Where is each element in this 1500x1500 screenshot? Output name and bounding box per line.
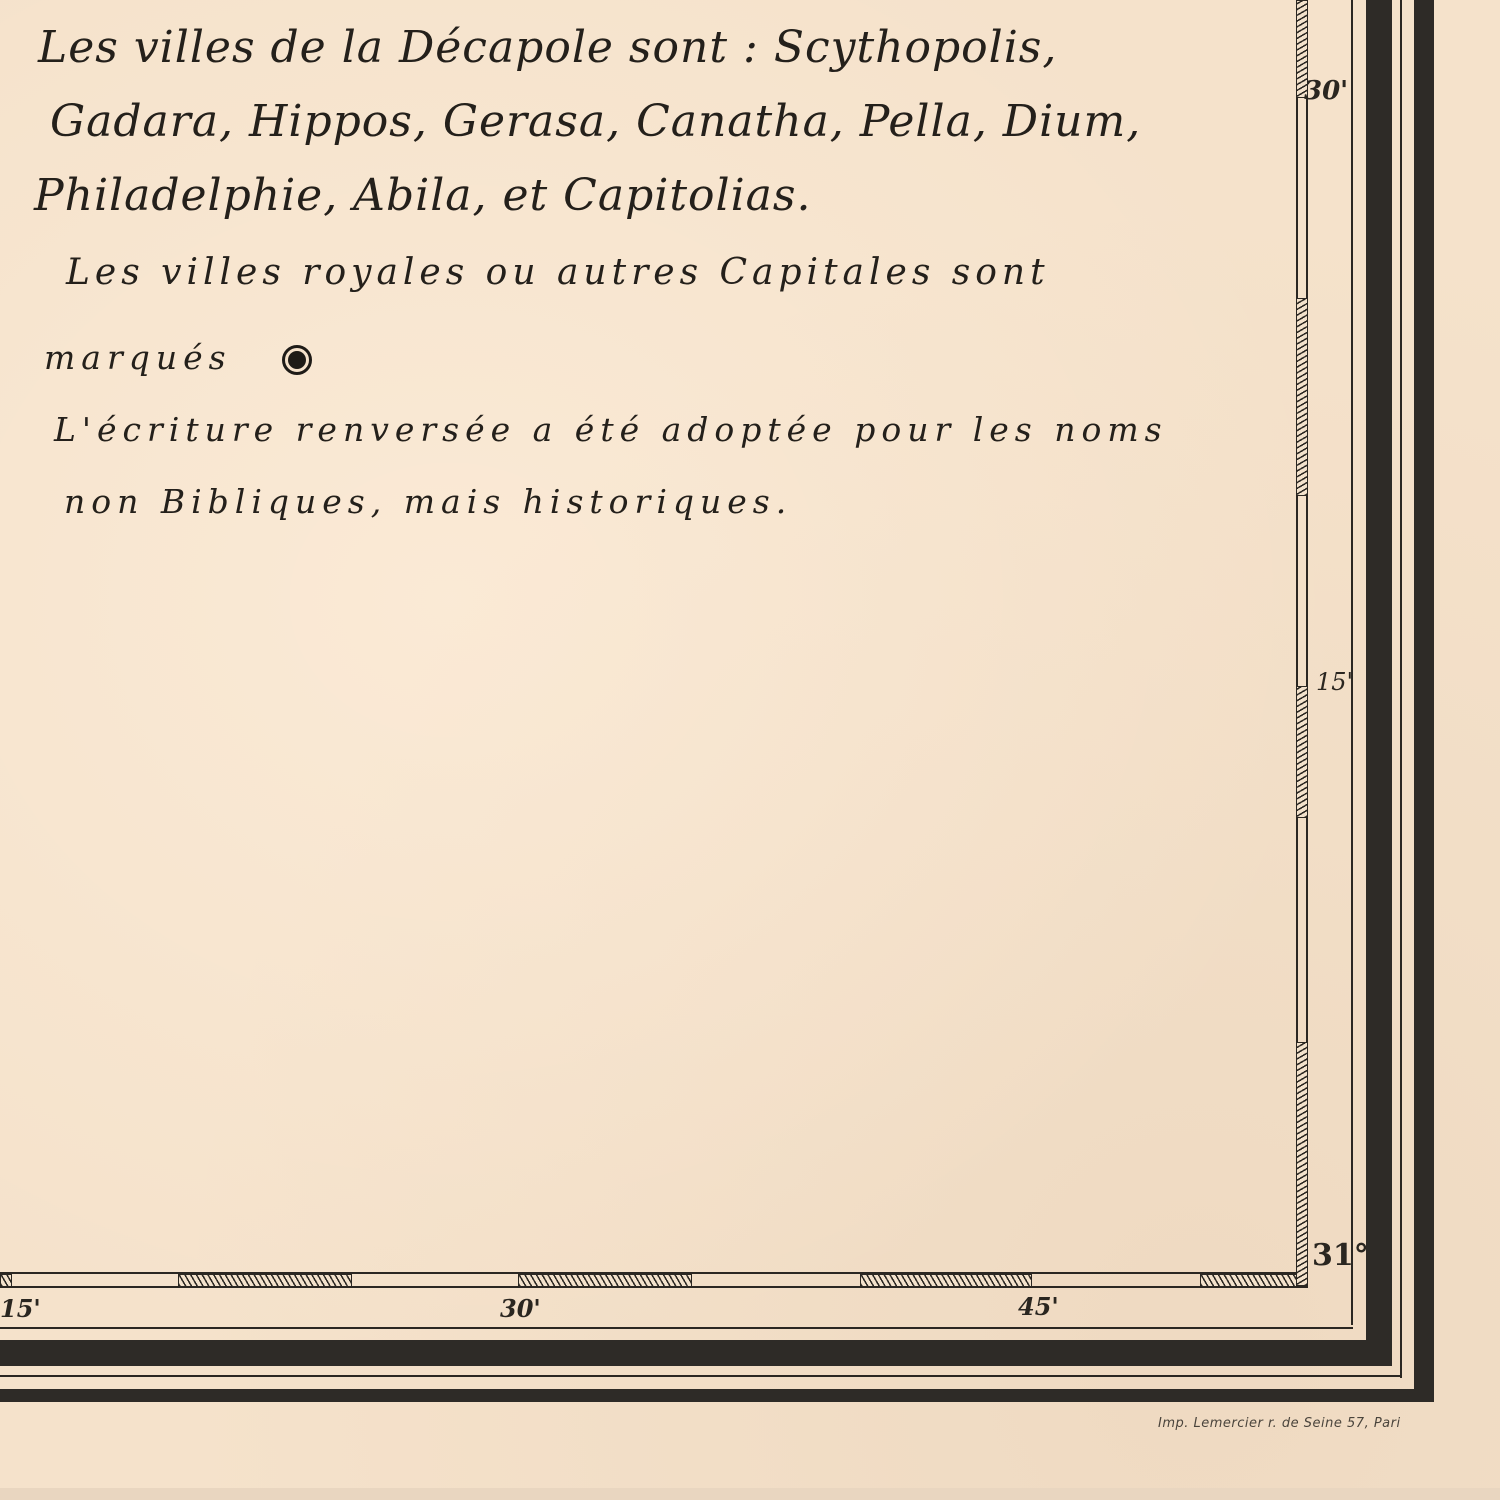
legend-line-royal: Les villes royales ou autres Capitales s…: [66, 252, 1050, 293]
scale-segment-bottom: [1200, 1274, 1308, 1287]
legend-line-historic: non Bibliques, mais historiques.: [64, 482, 792, 521]
scale-label-bottom-30: 30': [500, 1294, 541, 1323]
scale-segment-right: [1296, 298, 1308, 496]
frame-thick-band-outer-bottom: [0, 1389, 1434, 1402]
scale-segment-bottom: [0, 1274, 12, 1287]
legend-line-cities-2: Philadelphie, Abila, et Capitolias.: [34, 170, 811, 221]
frame-line-bottom-3: [0, 1375, 1402, 1377]
scale-segment-right: [1296, 1042, 1308, 1286]
scale-label-right-15: 15': [1316, 668, 1353, 696]
legend-line-decapolis: Les villes de la Décapole sont : Scythop…: [38, 22, 1057, 73]
capital-city-symbol-icon: [282, 345, 312, 375]
frame-line-bottom-2: [0, 1327, 1353, 1329]
scale-label-right-30: 30': [1304, 76, 1348, 106]
frame-thick-band-outer-right: [1414, 0, 1434, 1402]
scale-segment-right: [1296, 686, 1308, 818]
legend-marked-text: marqués: [44, 338, 232, 377]
frame-line-right-3: [1400, 0, 1402, 1378]
frame-thick-band-right: [1366, 0, 1392, 1366]
scale-label-bottom-45: 45': [1018, 1292, 1059, 1321]
scale-label-right-31deg: 31°: [1312, 1238, 1369, 1273]
scale-segment-bottom: [178, 1274, 352, 1287]
legend-line-cities-1: Gadara, Hippos, Gerasa, Canatha, Pella, …: [50, 96, 1141, 147]
legend-line-marked: marqués: [44, 338, 312, 377]
paper-edge: [0, 1488, 1500, 1500]
map-legend: Les villes de la Décapole sont : Scythop…: [0, 0, 1250, 560]
frame-thick-band-bottom: [0, 1340, 1392, 1366]
legend-line-reversed: L'écriture renversée a été adoptée pour …: [54, 410, 1168, 449]
scale-segment-bottom: [860, 1274, 1032, 1287]
frame-line-right-2: [1351, 0, 1353, 1325]
printer-imprint: Imp. Lemercier r. de Seine 57, Pari: [1158, 1416, 1401, 1431]
scale-label-bottom-15: 15': [0, 1294, 41, 1323]
scale-segment-bottom: [518, 1274, 692, 1287]
